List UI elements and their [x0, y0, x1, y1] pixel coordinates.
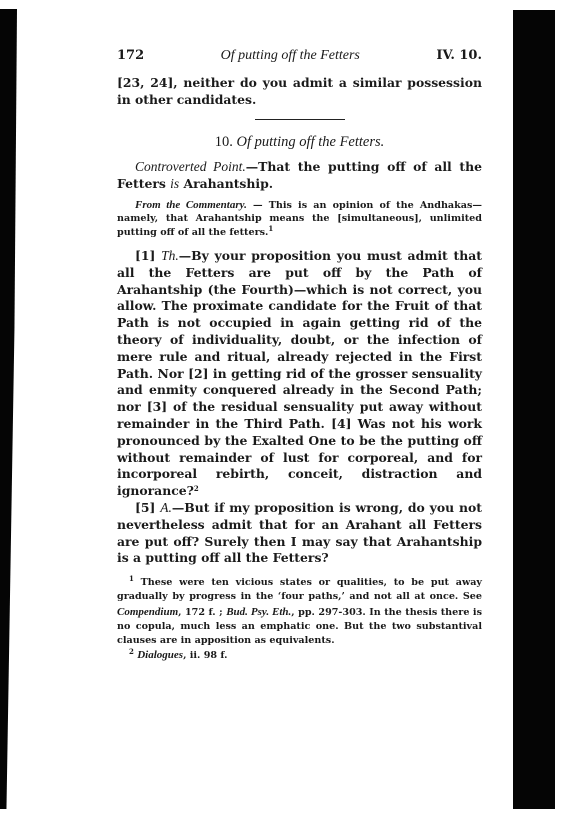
section-heading: 10. Of putting off the Fetters.	[117, 134, 482, 151]
carryover-paragraph: [23, 24], neither do you admit a similar…	[117, 75, 482, 109]
footnote-citation: Dialogues	[137, 649, 183, 661]
footnote-text: These were ten vicious states or qualiti…	[117, 577, 482, 602]
footnote-ref-1[interactable]: 1	[268, 224, 273, 233]
running-title: Of putting off the Fetters	[221, 48, 360, 65]
controverted-point-text-end: Arahantship.	[179, 176, 273, 191]
speaker-label: A.	[160, 500, 172, 515]
section-reference: IV. 10.	[436, 48, 482, 65]
section-divider	[255, 119, 345, 120]
footnote-text: , 172 f. ;	[178, 607, 226, 618]
footnotes: 1 These were ten vicious states or quali…	[117, 576, 482, 663]
footnote-citation: Bud. Psy. Eth.	[226, 606, 291, 618]
page-number: 172	[117, 48, 144, 65]
book-page: 172 Of putting off the Fetters IV. 10. […	[117, 48, 482, 663]
running-head: 172 Of putting off the Fetters IV. 10.	[117, 48, 482, 65]
controverted-point: Controverted Point.—That the putting off…	[117, 159, 482, 193]
paragraph-marker: [1]	[135, 248, 161, 263]
commentary-label: From the Commentary.	[135, 199, 247, 211]
section-number: 10.	[215, 134, 233, 150]
footnote-1: 1 These were ten vicious states or quali…	[117, 576, 482, 648]
paragraph-text: —But if my proposition is wrong, do you …	[117, 500, 482, 565]
controverted-point-label: Controverted Point.	[135, 159, 246, 174]
footnote-text: , ii. 98 f.	[183, 650, 227, 661]
footnote-ref-2[interactable]: 2	[194, 484, 199, 493]
footnote-mark: 2	[129, 647, 134, 656]
footnote-citation: Compendium	[117, 606, 178, 618]
paragraph-andhaka: [5] A.—But if my proposition is wrong, d…	[117, 500, 482, 567]
controverted-point-emphasis: is	[170, 176, 179, 191]
paragraph-text: —By your proposition you must admit that…	[117, 248, 482, 498]
paragraph-theravadin: [1] Th.—By your proposition you must adm…	[117, 248, 482, 500]
speaker-label: Th.	[161, 248, 179, 263]
scan-left-edge-shadow	[0, 9, 17, 809]
section-title: Of putting off the Fetters.	[236, 134, 384, 150]
commentary-note: From the Commentary. — This is an opinio…	[117, 199, 482, 239]
paragraph-marker: [5]	[135, 500, 160, 515]
scan-right-edge-shadow	[513, 10, 555, 809]
footnote-2: 2 Dialogues, ii. 98 f.	[117, 648, 482, 663]
